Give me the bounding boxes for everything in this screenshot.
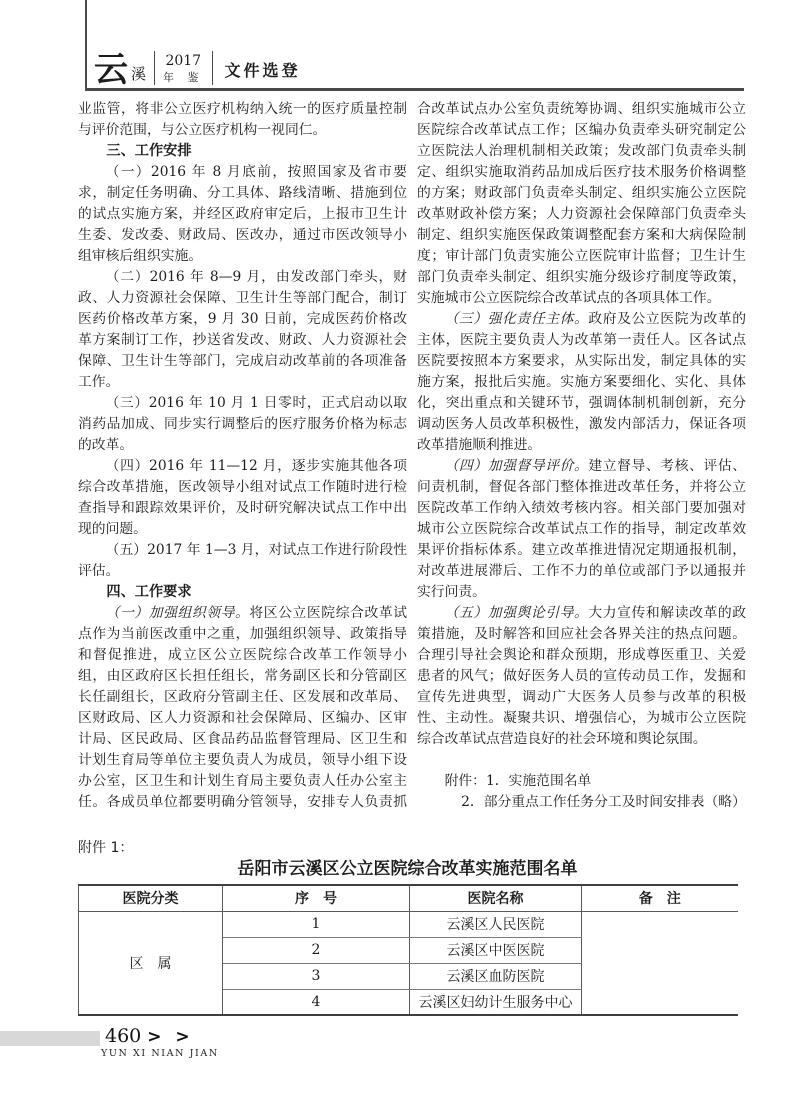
section-heading: 三、工作安排 <box>78 141 407 162</box>
paragraph-lead: （五）加强舆论引导。 <box>445 605 589 621</box>
table-row: 区 属1云溪区人民医院 <box>79 911 738 937</box>
paragraph: （五）2017 年 1—3 月，对试点工作进行阶段性评估。 <box>78 540 407 582</box>
paragraph-lead: （四）加强督导评价。 <box>445 458 589 474</box>
yearbook-brand: 云 溪 2017 年 鉴 文件选登 <box>94 46 301 86</box>
table-header-cell: 备 注 <box>582 885 738 911</box>
hospital-name-cell: 云溪区妇幼计生服务中心 <box>410 989 582 1015</box>
paragraph: 业监管，将非公立医疗机构纳入统一的医疗质量控制与评价范围，与公立医疗机构一视同仁… <box>78 99 407 141</box>
brand-char-small: 溪 <box>131 63 146 84</box>
sequence-cell: 4 <box>223 989 410 1015</box>
paragraph: （四）加强督导评价。建立督导、考核、评估、问责机制，督促各部门整体推进改革任务，… <box>417 456 746 603</box>
paragraph: （二）2016 年 8—9 月，由发改部门牵头，财政、人力资源社会保障、卫生计生… <box>78 267 407 393</box>
hospital-name-cell: 云溪区血防医院 <box>410 963 582 989</box>
footer-subtitle: YUN XI NIAN JIAN <box>101 1048 219 1059</box>
attachment-line: 2．部分重点工作任务分工及时间安排表（略） <box>461 792 746 813</box>
paragraph: （一）加强组织领导。将区公立医院综合改革试点作为当前医改重中之重，加强组织领导、… <box>78 603 407 815</box>
table-header-cell: 序 号 <box>223 885 410 911</box>
paragraph-lead: （一）加强组织领导。 <box>106 605 250 621</box>
sequence-cell: 1 <box>223 911 410 937</box>
page-number-value: 460 <box>105 1025 141 1047</box>
sequence-cell: 2 <box>223 937 410 963</box>
paragraph: （四）2016 年 11—12 月，逐步实施其他各项综合改革措施，医改领导小组对… <box>78 456 407 540</box>
header-horizontal-rule <box>85 88 744 91</box>
brand-year-block: 2017 年 鉴 <box>163 53 204 85</box>
appendix-table-title: 岳阳市云溪区公立医院综合改革实施范围名单 <box>78 858 737 880</box>
section-heading: 四、工作要求 <box>78 582 407 603</box>
article-body: 业监管，将非公立医疗机构纳入统一的医疗质量控制与评价范围，与公立医疗机构一视同仁… <box>78 99 746 815</box>
brand-divider <box>154 51 155 85</box>
implementation-range-table: 医院分类序 号医院名称备 注区 属1云溪区人民医院2云溪区中医医院3云溪区血防医… <box>78 884 738 1016</box>
remark-cell <box>582 911 738 1015</box>
table-header-cell: 医院名称 <box>410 885 582 911</box>
appendix-section: 附件 1： 岳阳市云溪区公立医院综合改革实施范围名单 医院分类序 号医院名称备 … <box>78 840 737 1016</box>
brand-divider <box>212 51 213 85</box>
page-number: 460> > <box>105 1025 194 1048</box>
paragraph: 合改革试点办公室负责统筹协调、组织实施城市公立医院综合改革试点工作；区编办负责牵… <box>417 99 746 309</box>
table-header-cell: 医院分类 <box>79 885 223 911</box>
category-cell: 区 属 <box>79 911 223 1015</box>
sequence-cell: 3 <box>223 963 410 989</box>
left-column: 业监管，将非公立医疗机构纳入统一的医疗质量控制与评价范围，与公立医疗机构一视同仁… <box>78 99 407 815</box>
paragraph-lead: （三）强化责任主体。 <box>445 311 589 327</box>
chevron-icons: > > <box>147 1027 193 1047</box>
hospital-name-cell: 云溪区中医医院 <box>410 937 582 963</box>
footer-gray-bar <box>0 1031 100 1046</box>
attachment-note: 附件：1．实施范围名单2．部分重点工作任务分工及时间安排表（略） <box>417 771 746 813</box>
header-vertical-rule <box>85 0 87 89</box>
right-column: 合改革试点办公室负责统筹协调、组织实施城市公立医院综合改革试点工作；区编办负责牵… <box>417 99 746 815</box>
paragraph: （一）2016 年 8 月底前，按照国家及省市要求，制定任务明确、分工具体、路线… <box>78 162 407 267</box>
appendix-label: 附件 1： <box>78 840 737 856</box>
yearbook-page: 云 溪 2017 年 鉴 文件选登 业监管，将非公立医疗机构纳入统一的医疗质量控… <box>0 0 805 1099</box>
paragraph: （三）2016 年 10 月 1 日零时，正式启动以取消药品加成、同步实行调整后… <box>78 393 407 456</box>
year-value: 2017 <box>165 53 201 69</box>
paragraph: （五）加强舆论引导。大力宣传和解读改革的政策措施，及时解答和回应社会各界关注的热… <box>417 603 746 750</box>
hospital-name-cell: 云溪区人民医院 <box>410 911 582 937</box>
brand-char-large: 云 <box>94 54 128 86</box>
paragraph: （三）强化责任主体。政府及公立医院为改革的主体，医院主要负责人为改革第一责任人。… <box>417 309 746 456</box>
year-label: 年 鉴 <box>163 71 204 85</box>
section-title: 文件选登 <box>225 58 301 81</box>
attachment-line: 附件：1．实施范围名单 <box>445 771 746 792</box>
